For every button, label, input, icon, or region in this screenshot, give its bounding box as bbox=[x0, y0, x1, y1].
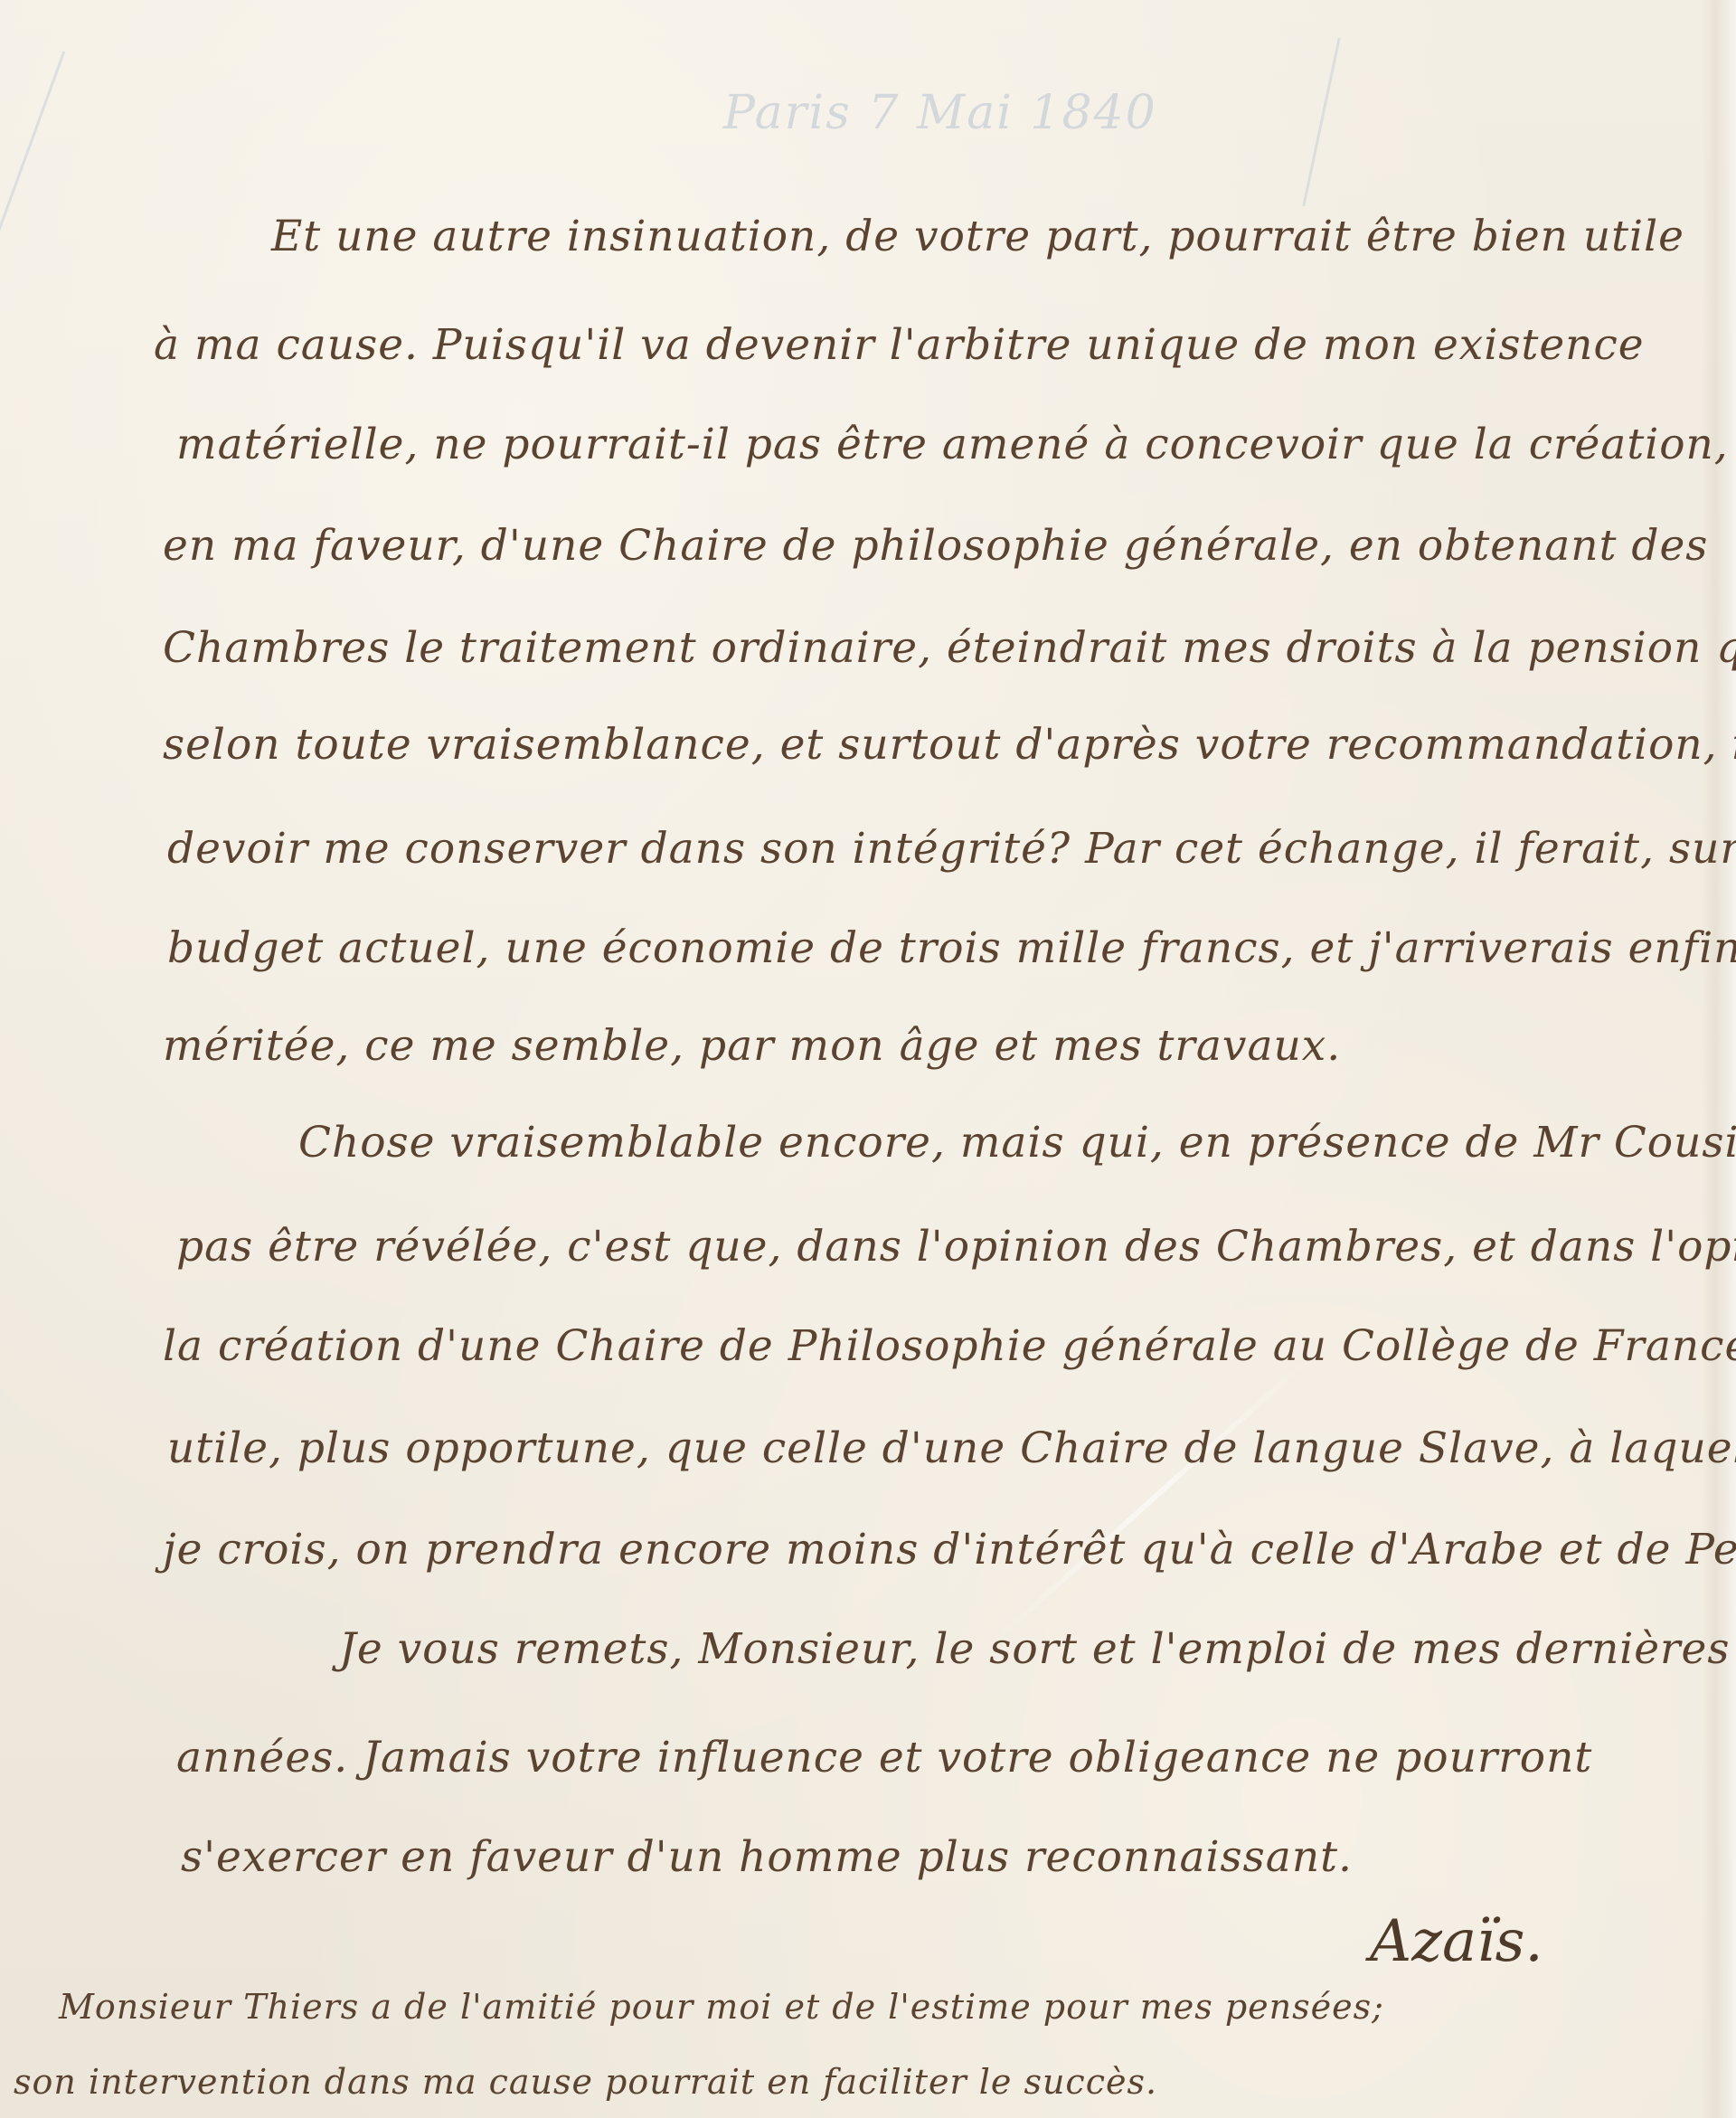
postscript-line: Monsieur Thiers a de l'amitié pour moi e… bbox=[59, 1990, 1384, 2024]
letter-line: la création d'une Chaire de Philosophie … bbox=[163, 1325, 1736, 1367]
paper-crease bbox=[975, 1341, 1327, 1659]
letter-line: je crois, on prendra encore moins d'inté… bbox=[163, 1528, 1736, 1571]
letter-line: devoir me conserver dans son intégrité? … bbox=[167, 827, 1736, 870]
letter-line: années. Jamais votre influence et votre … bbox=[176, 1736, 1592, 1779]
postscript-line: son intervention dans ma cause pourrait … bbox=[14, 2065, 1157, 2099]
pencil-mark bbox=[0, 51, 65, 247]
faded-date-header: Paris 7 Mai 1840 bbox=[723, 86, 1157, 140]
letter-line: Et une autre insinuation, de votre part,… bbox=[271, 215, 1684, 258]
paper-edge bbox=[1702, 0, 1736, 2118]
letter-line: Chose vraisemblable encore, mais qui, en… bbox=[298, 1121, 1736, 1164]
letter-line: matérielle, ne pourrait-il pas être amen… bbox=[176, 423, 1729, 466]
letter-line: méritée, ce me semble, par mon âge et me… bbox=[163, 1025, 1341, 1067]
letter-line: Chambres le traitement ordinaire, éteind… bbox=[163, 627, 1736, 669]
letter-line: en ma faveur, d'une Chaire de philosophi… bbox=[163, 525, 1708, 567]
pencil-mark bbox=[1302, 38, 1340, 206]
letter-line: s'exercer en faveur d'un homme plus reco… bbox=[181, 1836, 1353, 1878]
letter-line: Je vous remets, Monsieur, le sort et l'e… bbox=[339, 1628, 1730, 1670]
letter-line: à ma cause. Puisqu'il va devenir l'arbit… bbox=[154, 324, 1645, 366]
letter-line: budget actuel, une économie de trois mil… bbox=[167, 927, 1736, 969]
letter-line: pas être révélée, c'est que, dans l'opin… bbox=[176, 1225, 1736, 1268]
letter-page: Paris 7 Mai 1840 Et une autre insinuatio… bbox=[0, 0, 1736, 2118]
letter-line: selon toute vraisemblance, et surtout d'… bbox=[163, 723, 1736, 766]
signature: Azaïs. bbox=[1370, 1908, 1543, 1975]
letter-line: utile, plus opportune, que celle d'une C… bbox=[167, 1427, 1736, 1470]
